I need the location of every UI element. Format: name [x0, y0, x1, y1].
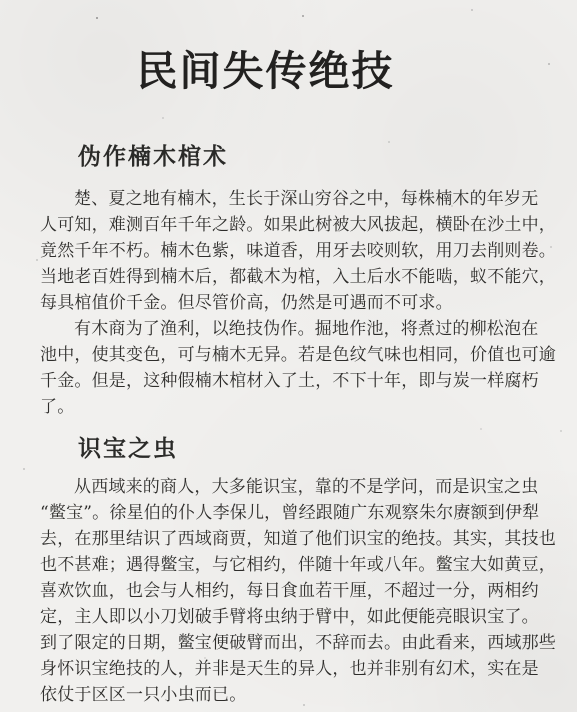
text-line: 喜欢饮血，也会与人相约，每日食血若干厘，不超过一分，两相约 — [40, 578, 577, 604]
text-line: 池中，使其变色，可与楠木无异。若是色纹气味也相同，价值也可逾 — [40, 342, 577, 368]
text-line: 有木商为了渔利，以绝技伪作。掘地作池，将煮过的柳松泡在 — [40, 316, 577, 342]
text-line: 定，主人即以小刀划破手臂将虫纳于臂中，如此便能亮眼识宝了。 — [40, 604, 577, 630]
text-line: 竟然千年不朽。楠木色紫，味道香，用牙去咬则软，用刀去削则卷。 — [40, 238, 577, 264]
text-line: “鳖宝”。徐星伯的仆人李保儿，曾经跟随广东观察朱尔赓额到伊犁 — [40, 500, 577, 526]
scanned-document-page: 民间失传绝技 伪作楠木棺术 楚、夏之地有楠木，生长于深山穷谷之中，每株楠木的年岁… — [0, 0, 577, 712]
page-title: 民间失传绝技 — [0, 0, 577, 96]
paragraph: 有木商为了渔利，以绝技伪作。掘地作池，将煮过的柳松泡在 池中，使其变色，可与楠木… — [40, 316, 577, 420]
text-line: 楚、夏之地有楠木，生长于深山穷谷之中，每株楠木的年岁无 — [40, 186, 577, 212]
text-line: 人可知，难测百年千年之龄。如果此树被大风拔起，横卧在沙土中， — [40, 212, 577, 238]
paragraph: 楚、夏之地有楠木，生长于深山穷谷之中，每株楠木的年岁无 人可知，难测百年千年之龄… — [40, 186, 577, 316]
text-line: 身怀识宝绝技的人，并非是天生的异人，也并非别有幻术，实在是 — [40, 656, 577, 682]
text-line: 去，在那里结识了西域商贾，知道了他们识宝的绝技。其实，其技也 — [40, 526, 577, 552]
text-line: 当地老百姓得到楠木后，都截木为棺，入土后水不能啮，蚁不能穴， — [40, 264, 577, 290]
text-line: 千金。但是，这种假楠木棺材入了土，不下十年，即与炭一样腐朽 — [40, 368, 577, 394]
section-heading-treasure-bug: 识宝之虫 — [78, 434, 577, 464]
section-heading-coffin: 伪作楠木棺术 — [78, 142, 577, 172]
text-line: 了。 — [40, 394, 577, 420]
text-line: 也不甚难；遇得鳖宝，与它相约，伴随十年或八年。鳖宝大如黄豆， — [40, 552, 577, 578]
text-line: 到了限定的日期，鳖宝便破臂而出，不辞而去。由此看来，西域那些 — [40, 630, 577, 656]
text-line: 依仗于区区一只小虫而已。 — [40, 682, 577, 708]
paragraph: 从西域来的商人，大多能识宝，靠的不是学问，而是识宝之虫 “鳖宝”。徐星伯的仆人李… — [40, 474, 577, 708]
text-line: 每具棺值价千金。但尽管价高，仍然是可遇而不可求。 — [40, 290, 577, 316]
text-line: 从西域来的商人，大多能识宝，靠的不是学问，而是识宝之虫 — [40, 474, 577, 500]
